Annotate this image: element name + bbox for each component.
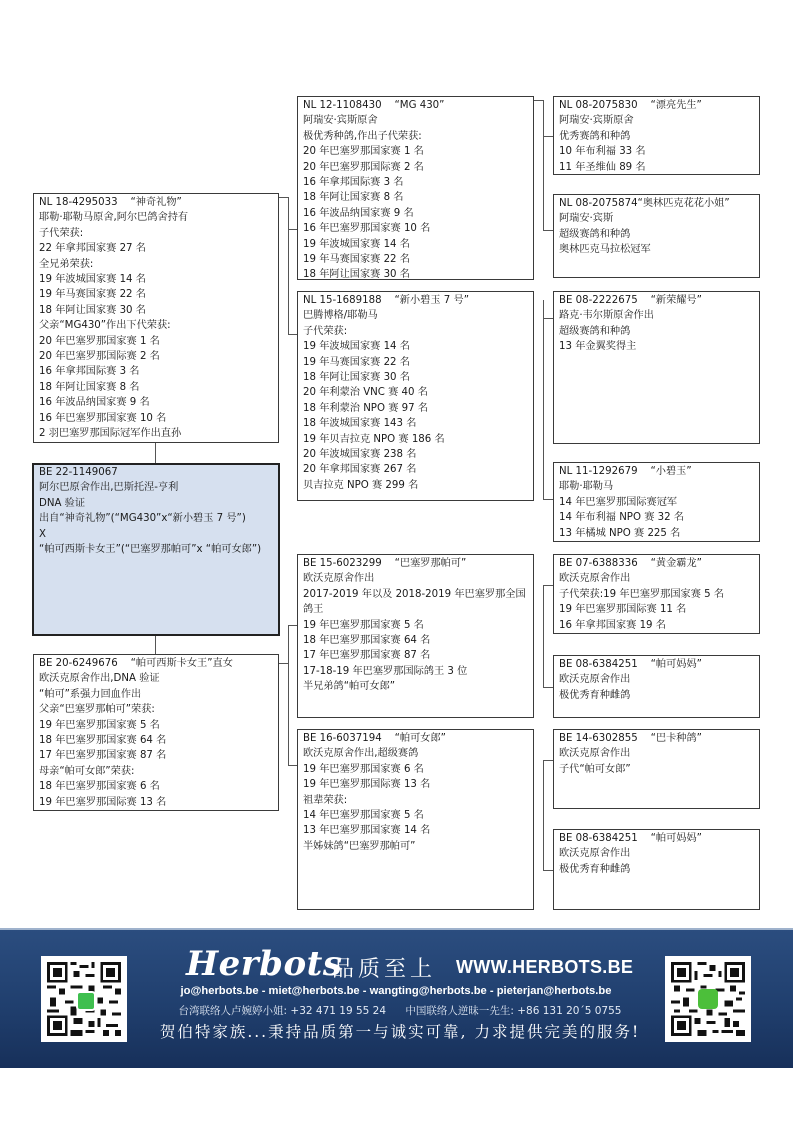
card-line: 子代荣获:19 年巴塞罗那国家赛 5 名	[559, 587, 754, 602]
connector-gp4-a	[543, 760, 553, 761]
card-line: 11 年圣维仙 89 名	[559, 160, 754, 175]
wechat-icon	[698, 989, 718, 1009]
card-line: 16 年拿邦国际赛 3 名	[39, 364, 273, 379]
card-line: 欧沃克原舍作出	[559, 672, 754, 687]
connector-sire-dam	[288, 334, 297, 335]
website-link[interactable]: WWW.HERBOTS.BE	[456, 957, 633, 978]
pedigree-card-sire: NL 18-4295033 “神奇礼物” 耶勒·耶勒马原舍,阿尔巴鸽舍持有 子代…	[33, 193, 279, 443]
card-line: 19 年波城国家赛 14 名	[303, 237, 528, 252]
card-line: 22 年拿邦国家赛 27 名	[39, 241, 273, 256]
pedigree-card-ggp-4: NL 11-1292679 “小碧玉” 耶勒·耶勒马 14 年巴塞罗那国际赛冠军…	[553, 462, 760, 542]
card-line: 阿瑞安·宾斯	[559, 211, 754, 226]
card-line: 18 年阿让国家赛 8 名	[39, 380, 273, 395]
card-line: 14 年巴塞罗那国家赛 5 名	[303, 808, 528, 823]
card-line: 半兄弟鸽“帕可女郎”	[303, 679, 528, 694]
card-line: 20 年巴塞罗那国家赛 1 名	[303, 144, 528, 159]
card-line: 14 年巴塞罗那国际赛冠军	[559, 495, 754, 510]
card-header: NL 15-1689188 “新小碧玉 7 号”	[303, 293, 528, 308]
card-line: 19 年马赛国家赛 22 名	[303, 355, 528, 370]
card-line: 极优秀种鸽,作出子代荣获:	[303, 129, 528, 144]
card-line: 14 年布利福 NPO 赛 32 名	[559, 510, 754, 525]
card-line: 13 年橘城 NPO 赛 225 名	[559, 526, 754, 541]
pedigree-card-ggp-7: BE 14-6302855 “巴卡种鸽” 欧沃克原舍作出 子代“帕可女郎”	[553, 729, 760, 809]
card-line: 路克·韦尔斯原舍作出	[559, 308, 754, 323]
card-line: 阿瑞安·宾斯原舍	[559, 113, 754, 128]
pedigree-card-dam-sire: BE 15-6023299 “巴塞罗那帕可” 欧沃克原舍作出 2017-2019…	[297, 554, 534, 718]
card-line: 19 年巴塞罗那国际赛 11 名	[559, 602, 754, 617]
card-line: 半姊妹鸽“巴塞罗那帕可”	[303, 839, 528, 854]
card-line: 18 年阿让国家赛 30 名	[303, 267, 528, 280]
brand-header: Herbots 品质至上 WWW.HERBOTS.BE	[186, 948, 616, 982]
card-line: 16 年拿邦国家赛 19 名	[559, 618, 754, 633]
card-line: 子代荣获:	[39, 226, 273, 241]
card-line: 父亲“巴塞罗那帕可”荣获:	[39, 702, 273, 717]
connector-dam-dam	[288, 765, 297, 766]
card-line: 出自“神奇礼物”(“MG430”x“新小碧玉 7 号”)	[39, 511, 273, 526]
card-line: 优秀赛鸽和种鸽	[559, 129, 754, 144]
card-line: 20 年波城国家赛 238 名	[303, 447, 528, 462]
card-line: 2 羽巴塞罗那国际冠军作出直孙	[39, 426, 273, 441]
card-header: BE 08-6384251 “帕可妈妈”	[559, 657, 754, 672]
card-line: 18 年巴塞罗那国家赛 64 名	[39, 733, 273, 748]
connector-subject-dam	[155, 635, 156, 654]
card-line: 超级赛鸽和种鸽	[559, 227, 754, 242]
pedigree-card-ggp-6: BE 08-6384251 “帕可妈妈” 欧沃克原舍作出 极优秀育种雌鸽	[553, 655, 760, 718]
card-line: 极优秀育种雌鸽	[559, 688, 754, 703]
connector-gp3-v	[543, 585, 544, 687]
card-line: 耶勒·耶勒马	[559, 479, 754, 494]
card-line: 子代荣获:	[303, 324, 528, 339]
connector-gp2-a	[543, 318, 553, 319]
card-line: 奥林匹克马拉松冠军	[559, 242, 754, 257]
subject-ring: BE 22-1149067	[39, 465, 273, 480]
card-line: 18 年巴塞罗那国家赛 6 名	[39, 779, 273, 794]
connector-subject-sire	[155, 443, 156, 464]
pedigree-card-sire-sire: NL 12-1108430 “MG 430” 阿瑞安·宾斯原舍 极优秀种鸽,作出…	[297, 96, 534, 280]
card-line: 16 年巴塞罗那国家赛 10 名	[303, 221, 528, 236]
card-line: 阿尔巴原舍作出,巴斯托涅-亨利	[39, 480, 273, 495]
slogan: 品质至上	[332, 952, 436, 983]
card-header: BE 14-6302855 “巴卡种鸽”	[559, 731, 754, 746]
connector-gp4-b	[543, 870, 553, 871]
pedigree-card-ggp-8: BE 08-6384251 “帕可妈妈” 欧沃克原舍作出 极优秀育种雌鸽	[553, 829, 760, 910]
card-line: 19 年波城国家赛 14 名	[303, 339, 528, 354]
card-header: BE 16-6037194 “帕可女郎”	[303, 731, 528, 746]
card-line: 子代“帕可女郎”	[559, 762, 754, 777]
connector-gp3-a	[543, 585, 553, 586]
card-line: 父亲“MG430”作出下代荣获:	[39, 318, 273, 333]
card-line: 18 年阿让国家赛 30 名	[303, 370, 528, 385]
footer-banner: Herbots 品质至上 WWW.HERBOTS.BE jo@herbots.b…	[0, 928, 793, 1068]
card-header: BE 15-6023299 “巴塞罗那帕可”	[303, 556, 528, 571]
card-line: 贝吉拉克 NPO 赛 299 名	[303, 478, 528, 493]
card-line: 2017-2019 年以及 2018-2019 年巴塞罗那全国鸽王	[303, 587, 528, 618]
card-line: 耶勒·耶勒马原舍,阿尔巴鸽舍持有	[39, 210, 273, 225]
card-line: 19 年巴塞罗那国家赛 6 名	[303, 762, 528, 777]
card-line: 巴腾博格/耶勒马	[303, 308, 528, 323]
card-line: 母亲“帕可女郎”荣获:	[39, 764, 273, 779]
card-header: BE 08-6384251 “帕可妈妈”	[559, 831, 754, 846]
card-header: BE 07-6388336 “黄金霸龙”	[559, 556, 754, 571]
card-line: 18 年巴塞罗那国家赛 64 名	[303, 633, 528, 648]
card-line: 17 年巴塞罗那国家赛 87 名	[39, 748, 273, 763]
card-header: BE 08-2222675 “新荣耀号”	[559, 293, 754, 308]
card-line: 18 年利蒙治 NPO 赛 97 名	[303, 401, 528, 416]
card-line: 全兄弟荣获:	[39, 257, 273, 272]
connector-gp1	[534, 100, 543, 101]
card-line: 阿瑞安·宾斯原舍	[303, 113, 528, 128]
card-line: 16 年巴塞罗那国家赛 10 名	[39, 411, 273, 426]
pedigree-card-ggp-5: BE 07-6388336 “黄金霸龙” 欧沃克原舍作出 子代荣获:19 年巴塞…	[553, 554, 760, 634]
card-line: 欧沃克原舍作出	[559, 571, 754, 586]
card-line: 祖辈荣获:	[303, 793, 528, 808]
card-line: 13 年金翼奖得主	[559, 339, 754, 354]
card-line: 16 年拿邦国际赛 3 名	[303, 175, 528, 190]
card-line: 极优秀育种雌鸽	[559, 862, 754, 877]
connector-gp3-b	[543, 687, 553, 688]
card-line: 17-18-19 年巴塞罗那国际鸽王 3 位	[303, 664, 528, 679]
card-header: NL 08-2075874“奥林匹克花花小姐”	[559, 196, 754, 211]
card-line: 18 年波城国家赛 143 名	[303, 416, 528, 431]
card-line: 16 年波品纳国家赛 9 名	[303, 206, 528, 221]
card-line: 欧沃克原舍作出	[303, 571, 528, 586]
card-line: 欧沃克原舍作出,DNA 验证	[39, 671, 273, 686]
card-line: 10 年布利福 33 名	[559, 144, 754, 159]
pedigree-card-dam: BE 20-6249676 “帕可西斯卡女王”直女 欧沃克原舍作出,DNA 验证…	[33, 654, 279, 811]
pedigree-card-ggp-1: NL 08-2075830 “漂亮先生” 阿瑞安·宾斯原舍 优秀赛鸽和种鸽 10…	[553, 96, 760, 175]
card-line: 20 年巴塞罗那国家赛 1 名	[39, 334, 273, 349]
card-line: 19 年巴塞罗那国家赛 5 名	[303, 618, 528, 633]
card-line: 19 年巴塞罗那国家赛 5 名	[39, 718, 273, 733]
connector-gp2-b	[543, 499, 553, 500]
card-line: 19 年马赛国家赛 22 名	[39, 287, 273, 302]
card-line: 20 年巴塞罗那国际赛 2 名	[39, 349, 273, 364]
motto: 贺伯特家族...秉持品质第一与诚实可靠, 力求提供完美的服务!	[140, 1020, 660, 1042]
connector-gp2-v	[543, 300, 544, 500]
card-line: 19 年马赛国家赛 22 名	[303, 252, 528, 267]
pedigree-card-ggp-3: BE 08-2222675 “新荣耀号” 路克·韦尔斯原舍作出 超级赛鸽和种鸽 …	[553, 291, 760, 444]
card-line: 13 年巴塞罗那国家赛 14 名	[303, 823, 528, 838]
card-line: X	[39, 527, 273, 542]
card-line: 超级赛鸽和种鸽	[559, 324, 754, 339]
card-header: NL 11-1292679 “小碧玉”	[559, 464, 754, 479]
connector-gp1-a	[543, 136, 553, 137]
connector-dam-sire	[288, 625, 297, 626]
card-line: 17 年巴塞罗那国家赛 87 名	[303, 648, 528, 663]
card-line: 20 年拿邦国家赛 267 名	[303, 462, 528, 477]
connector-sire-vertical	[288, 197, 289, 334]
contact-china: 中国联络人逆昧一先生: +86 131 20´5 0755	[405, 1005, 621, 1017]
card-line: 16 年波品纳国家赛 9 名	[39, 395, 273, 410]
connector-gp1-v	[543, 100, 544, 230]
contact-taiwan: 台湾联络人卢婉婷小姐: +32 471 19 55 24	[179, 1005, 387, 1017]
card-line: 20 年巴塞罗那国际赛 2 名	[303, 160, 528, 175]
card-line: DNA 验证	[39, 496, 273, 511]
card-line: 欧沃克原舍作出	[559, 846, 754, 861]
pedigree-card-subject: BE 22-1149067 阿尔巴原舍作出,巴斯托涅-亨利 DNA 验证 出自“…	[32, 463, 280, 636]
card-line: 19 年波城国家赛 14 名	[39, 272, 273, 287]
connector-gp4-v	[543, 760, 544, 870]
card-line: 19 年巴塞罗那国际赛 13 名	[303, 777, 528, 792]
email-list[interactable]: jo@herbots.be - miet@herbots.be - wangti…	[176, 985, 616, 997]
card-line: 欧沃克原舍作出,超级赛鸽	[303, 746, 528, 761]
card-header: NL 12-1108430 “MG 430”	[303, 98, 528, 113]
pedigree-card-ggp-2: NL 08-2075874“奥林匹克花花小姐” 阿瑞安·宾斯 超级赛鸽和种鸽 奥…	[553, 194, 760, 278]
connector-sire-sire	[288, 229, 297, 230]
herbots-logo: Herbots	[186, 944, 342, 984]
card-line: 欧沃克原舍作出	[559, 746, 754, 761]
card-line: “帕可西斯卡女王”(“巴塞罗那帕可”x “帕可女郎”)	[39, 542, 273, 557]
card-header: NL 08-2075830 “漂亮先生”	[559, 98, 754, 113]
connector-dam-vertical	[288, 625, 289, 765]
card-line: 18 年阿让国家赛 8 名	[303, 190, 528, 205]
pedigree-card-sire-dam: NL 15-1689188 “新小碧玉 7 号” 巴腾博格/耶勒马 子代荣获: …	[297, 291, 534, 501]
card-line: 19 年贝吉拉克 NPO 赛 186 名	[303, 432, 528, 447]
contact-phones: 台湾联络人卢婉婷小姐: +32 471 19 55 24 中国联络人逆昧一先生:…	[140, 1003, 660, 1018]
card-header: BE 20-6249676 “帕可西斯卡女王”直女	[39, 656, 273, 671]
card-line: 20 年利蒙治 VNC 赛 40 名	[303, 385, 528, 400]
card-line: 18 年阿让国家赛 30 名	[39, 303, 273, 318]
card-line: 19 年巴塞罗那国际赛 13 名	[39, 795, 273, 810]
qr-code-wechat[interactable]	[665, 956, 751, 1042]
qr-code-line[interactable]	[41, 956, 127, 1042]
line-icon	[76, 991, 96, 1011]
connector-gp1-b	[543, 230, 553, 231]
card-line: “帕可”系强力回血作出	[39, 687, 273, 702]
pedigree-card-dam-dam: BE 16-6037194 “帕可女郎” 欧沃克原舍作出,超级赛鸽 19 年巴塞…	[297, 729, 534, 910]
card-header: NL 18-4295033 “神奇礼物”	[39, 195, 273, 210]
